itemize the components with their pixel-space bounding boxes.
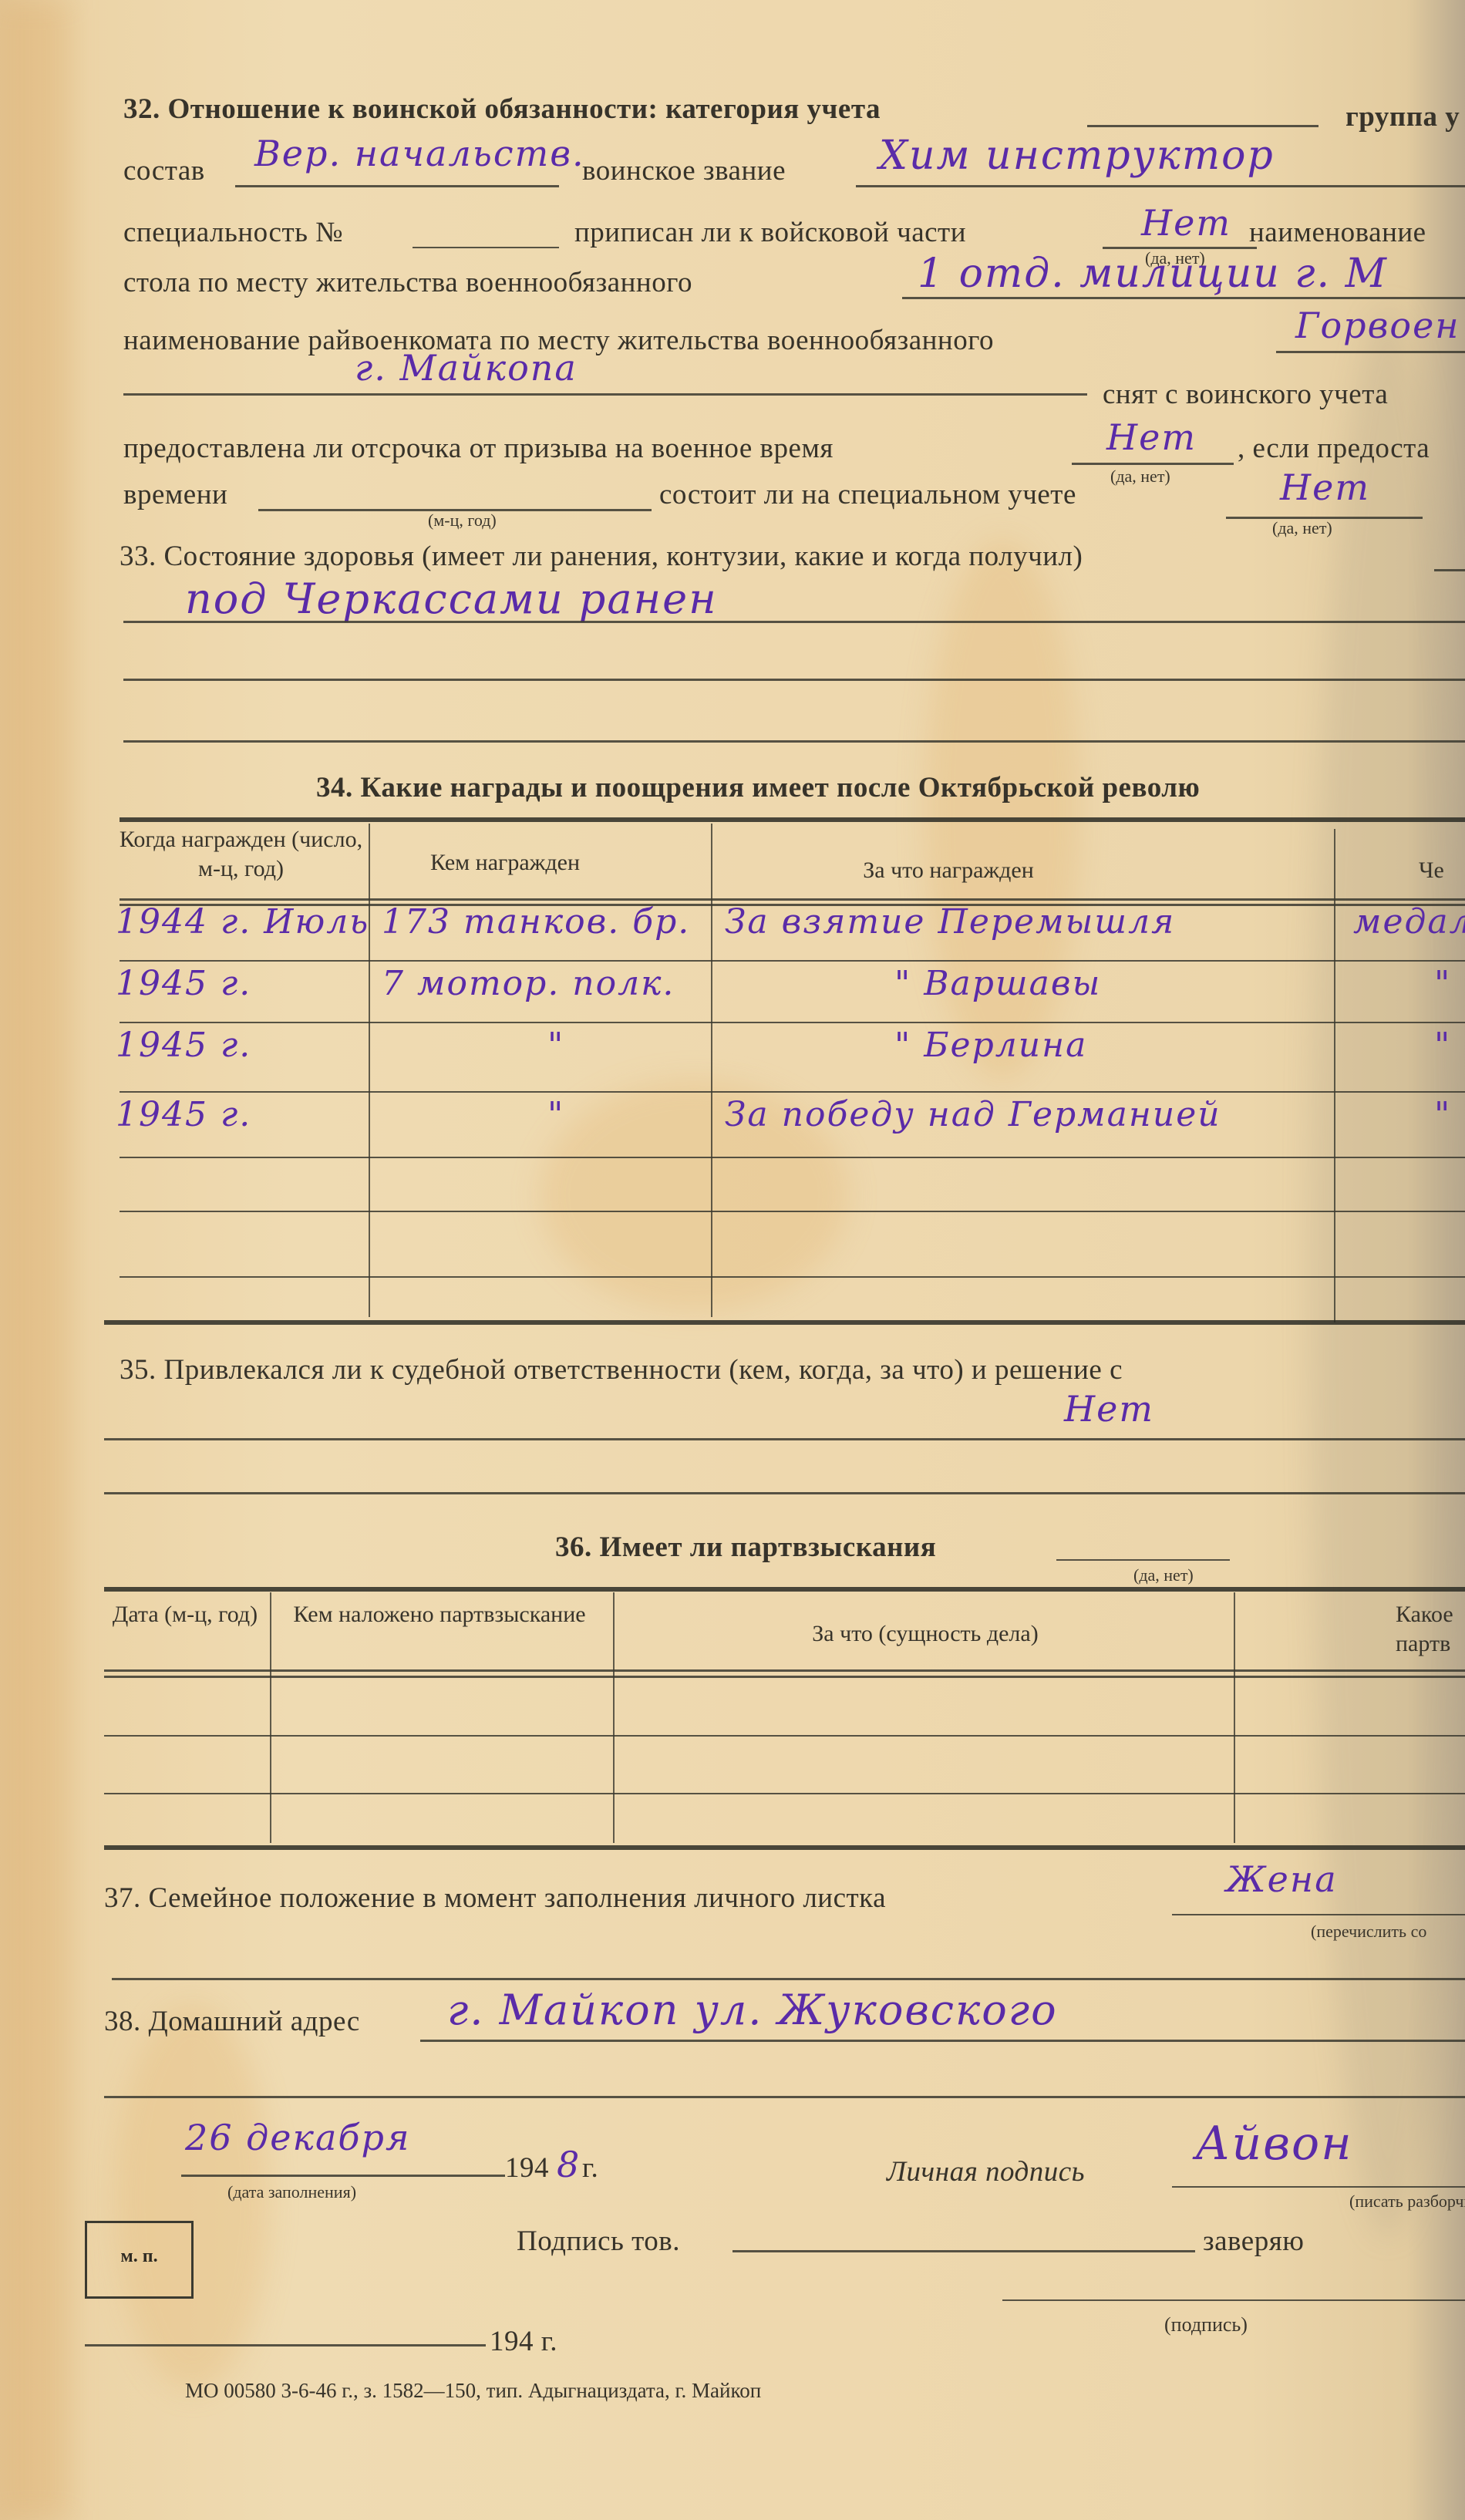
section36-title: 36. Имеет ли партвзыскания	[555, 1531, 936, 1564]
penalty-header-bottom	[104, 1669, 1465, 1672]
penalty-row-line	[104, 1793, 1465, 1794]
stamp-label: м. п.	[87, 2246, 191, 2267]
family-hint: (перечислить со	[1311, 1922, 1426, 1942]
section35-title: 35. Привлекался ли к судебной ответствен…	[120, 1353, 1123, 1386]
award-for[interactable]: За победу над Германией	[725, 1095, 1221, 1134]
composition-value[interactable]: Вер. начальств.	[254, 133, 585, 174]
special-value[interactable]: Нет	[1280, 467, 1370, 508]
cert-date-line[interactable]	[85, 2344, 486, 2346]
rank-value[interactable]: Хим инструктор	[879, 133, 1275, 179]
court-value[interactable]: Нет	[1064, 1388, 1154, 1430]
awards-row-line	[120, 1091, 1465, 1093]
award-for[interactable]: " Берлина	[894, 1026, 1087, 1065]
certify-field-line[interactable]	[732, 2250, 1195, 2252]
section33-title: 33. Состояние здоровья (имеет ли ранения…	[120, 540, 1083, 573]
desk-value[interactable]: 1 отд. милиции г. М	[918, 251, 1388, 297]
penalty-row-line	[104, 1735, 1465, 1737]
award-for[interactable]: За взятие Перемышля	[725, 902, 1175, 942]
certifier-signature-line[interactable]	[1002, 2299, 1465, 2301]
fill-date-hint: (дата заполнения)	[227, 2182, 356, 2202]
award-when[interactable]: 1945 г.	[116, 1026, 251, 1065]
address-line-2	[104, 2096, 1465, 2098]
deferral-tail: , если предоста	[1238, 432, 1430, 465]
awards-header-what: Че	[1419, 856, 1465, 885]
award-for[interactable]: " Варшавы	[894, 964, 1101, 1003]
paper-edge-stain	[0, 0, 69, 2520]
award-by[interactable]: 7 мотор. полк.	[382, 964, 675, 1003]
health-line-3	[123, 740, 1465, 743]
certify-suffix: заверяю	[1203, 2225, 1304, 2258]
awards-header-bottom	[120, 898, 1465, 901]
assigned-label: приписан ли к войсковой части	[574, 216, 966, 249]
address-value[interactable]: г. Майкоп ул. Жуковского	[447, 1986, 1058, 2034]
penalty-col-divider-2	[613, 1592, 615, 1843]
awards-header-for: За что награжден	[717, 856, 1180, 885]
signature-value[interactable]: Айвон	[1195, 2117, 1353, 2171]
rank-label: воинское звание	[582, 154, 786, 187]
deferral-hint: (да, нет)	[1110, 467, 1170, 487]
awards-row-line	[120, 1157, 1465, 1158]
court-line-2	[104, 1492, 1465, 1494]
party-penalty-hint: (да, нет)	[1133, 1565, 1194, 1585]
awards-row-line	[120, 1276, 1465, 1278]
specialty-label: специальность №	[123, 216, 343, 249]
award-by[interactable]: "	[547, 1095, 564, 1134]
fill-year-hand[interactable]: 8	[557, 2144, 581, 2185]
fill-year-printed: 194	[505, 2151, 549, 2185]
special-hint: (да, нет)	[1272, 518, 1332, 538]
group-label: группа у	[1345, 100, 1460, 133]
awards-row-line	[120, 1022, 1465, 1023]
desk-field-line	[902, 297, 1465, 299]
deferral-field-line	[1072, 463, 1234, 465]
stamp-box: м. п.	[85, 2221, 194, 2299]
awards-col-divider-3	[1334, 829, 1335, 1322]
penalty-header-by: Кем наложено партвзыскание	[278, 1600, 601, 1629]
awards-header-when: Когда награжден (число, м-ц, год)	[116, 825, 366, 884]
penalty-col-divider-1	[270, 1592, 271, 1843]
penalty-header-what: Какое партв	[1396, 1600, 1465, 1659]
section32-title: 32. Отношение к воинской обязанности: ка…	[123, 93, 881, 126]
signature-field-line	[1172, 2186, 1465, 2188]
award-what[interactable]: "	[1434, 964, 1451, 1003]
award-by[interactable]: 173 танков. бр.	[382, 902, 690, 942]
awards-header-by: Кем награжден	[374, 848, 636, 878]
section34-title: 34. Какие награды и поощрения имеет посл…	[316, 771, 1200, 804]
cert-year: 194 г.	[490, 2325, 557, 2358]
rvk-value-2[interactable]: г. Майкопа	[355, 347, 578, 389]
certifier-signature-hint: (подпись)	[1164, 2313, 1248, 2336]
health-line-1	[123, 621, 1465, 623]
category-field-line[interactable]	[1087, 125, 1318, 127]
award-by[interactable]: "	[547, 1026, 564, 1065]
penalty-header-date: Дата (м-ц, год)	[104, 1600, 266, 1629]
deferral-label: предоставлена ли отсрочка от призыва на …	[123, 432, 834, 465]
deferral-value[interactable]: Нет	[1106, 416, 1197, 458]
family-line-2	[112, 1978, 1465, 1980]
rvk-field-line	[1276, 351, 1465, 353]
award-what[interactable]: "	[1434, 1095, 1451, 1134]
specialty-field-line[interactable]	[413, 247, 559, 248]
awards-row-line	[120, 1211, 1465, 1212]
awards-table-bottom	[104, 1320, 1465, 1325]
assigned-value[interactable]: Нет	[1141, 202, 1231, 244]
fill-year-suffix: г.	[582, 2151, 598, 2185]
time-label: времени	[123, 478, 227, 511]
fill-date-line	[181, 2175, 505, 2177]
signature-label: Личная подпись	[887, 2155, 1085, 2188]
penalty-header-for: За что (сущность дела)	[617, 1619, 1234, 1649]
composition-label: состав	[123, 154, 205, 187]
section38-title: 38. Домашний адрес	[104, 2005, 360, 2038]
party-penalty-field-line[interactable]	[1056, 1559, 1230, 1561]
composition-field-line	[235, 185, 559, 187]
awards-col-divider-2	[711, 824, 712, 1317]
section37-title: 37. Семейное положение в момент заполнен…	[104, 1882, 886, 1915]
health-field-line-start	[1434, 569, 1465, 571]
time-hint: (м-ц, год)	[428, 510, 497, 531]
award-what[interactable]: "	[1434, 1026, 1451, 1065]
address-field-line	[420, 2040, 1465, 2042]
special-label: состоит ли на специальном учете	[659, 478, 1076, 511]
rank-field-line	[856, 185, 1465, 187]
penalty-col-divider-3	[1234, 1592, 1235, 1843]
awards-row-line	[120, 960, 1465, 962]
health-value[interactable]: под Черкассами ранен	[185, 574, 718, 623]
rvk-field-line-2	[123, 393, 1087, 396]
desk-label: стола по месту жительства военнообязанно…	[123, 266, 692, 299]
signature-hint: (писать разборчи	[1349, 2192, 1465, 2212]
rvk-value[interactable]: Горвоен	[1295, 305, 1460, 346]
penalty-table-bottom	[104, 1845, 1465, 1850]
award-when[interactable]: 1944 г. Июль	[116, 902, 369, 942]
penalty-table-top	[104, 1587, 1465, 1592]
awards-col-divider-1	[369, 824, 370, 1317]
name-label: наименование	[1249, 216, 1426, 249]
removed-label: снят с воинского учета	[1103, 378, 1388, 411]
award-what[interactable]: медаль	[1353, 902, 1465, 942]
court-line-1	[104, 1438, 1465, 1440]
health-line-2	[123, 679, 1465, 681]
printing-imprint: МО 00580 3-6-46 г., з. 1582—150, тип. Ад…	[185, 2379, 761, 2403]
award-when[interactable]: 1945 г.	[116, 964, 251, 1003]
fill-date-value[interactable]: 26 декабря	[185, 2117, 410, 2158]
awards-table-top	[120, 817, 1465, 822]
family-value[interactable]: Жена	[1226, 1858, 1338, 1900]
award-when[interactable]: 1945 г.	[116, 1095, 251, 1134]
family-field-line	[1172, 1914, 1465, 1915]
certify-prefix: Подпись тов.	[517, 2225, 680, 2258]
penalty-header-bottom-2	[104, 1676, 1465, 1678]
